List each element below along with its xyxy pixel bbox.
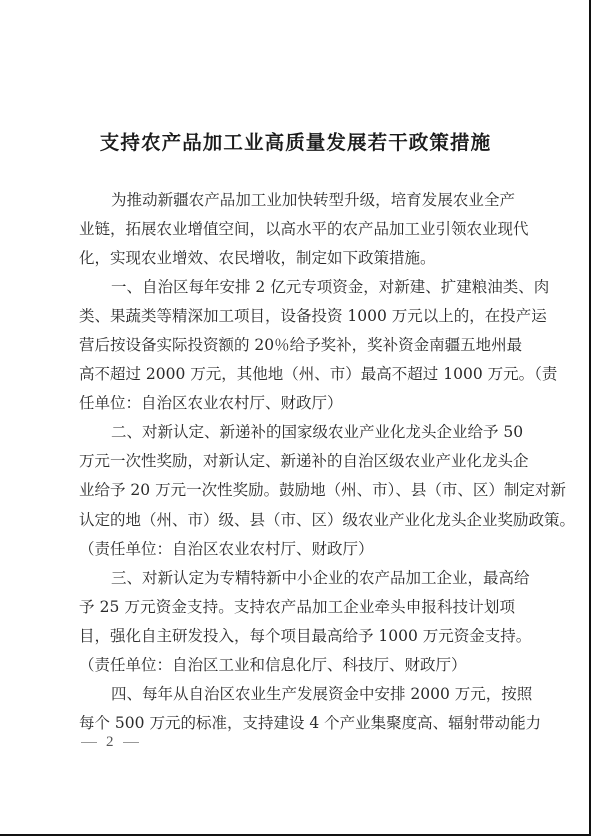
body-line: 二、对新认定、新递补的国家级农业产业化龙头企业给予 50 [79,418,515,447]
body-line: 化，实现农业增效、农民增收，制定如下政策措施。 [79,244,515,273]
body-line: 高不超过 2000 万元，其他地（州、市）最高不超过 1000 万元。（责 [79,360,515,389]
body-line: 类、果蔬类等精深加工项目，设备投资 1000 万元以上的，在投产运 [79,302,515,331]
body-line: 为推动新疆农产品加工业加快转型升级，培育发展农业全产 [79,186,515,215]
document-page: 支持农产品加工业高质量发展若干政策措施 为推动新疆农产品加工业加快转型升级，培育… [0,0,591,836]
page-number-footer: 2 [81,734,139,751]
body-line: 一、自治区每年安排 2 亿元专项资金，对新建、扩建粮油类、肉 [79,273,515,302]
body-line: （责任单位：自治区农业农村厅、财政厅） [79,535,515,564]
footer-dash-left [81,742,97,743]
body-line: 认定的地（州、市）级、县（市、区）级农业产业化龙头企业奖励政策。 [79,506,515,535]
body-line: 营后按设备实际投资额的 20％给予奖补，奖补资金南疆五地州最 [79,331,515,360]
page-number: 2 [106,734,114,751]
body-line: 三、对新认定为专精特新中小企业的农产品加工企业，最高给 [79,564,515,593]
body-line: 万元一次性奖励，对新认定、新递补的自治区级农业产业化龙头企 [79,447,515,476]
body-line: 每个 500 万元的标准，支持建设 4 个产业集聚度高、辐射带动能力 [79,709,515,738]
document-body: 为推动新疆农产品加工业加快转型升级，培育发展农业全产 业链，拓展农业增值空间，以… [79,186,515,738]
body-line: 予 25 万元资金支持。支持农产品加工企业牵头申报科技计划项 [79,593,515,622]
footer-dash-right [123,742,139,743]
body-line: 业链，拓展农业增值空间，以高水平的农产品加工业引领农业现代 [79,215,515,244]
body-line: 目，强化自主研发投入，每个项目最高给予 1000 万元资金支持。 [79,622,515,651]
body-line: 任单位：自治区农业农村厅、财政厅） [79,389,515,418]
body-line: （责任单位：自治区工业和信息化厅、科技厅、财政厅） [79,651,515,680]
document-title: 支持农产品加工业高质量发展若干政策措施 [0,130,591,156]
body-line: 业给予 20 万元一次性奖励。鼓励地（州、市）、县（市、区）制定对新 [79,476,515,505]
body-line: 四、每年从自治区农业生产发展资金中安排 2000 万元，按照 [79,680,515,709]
